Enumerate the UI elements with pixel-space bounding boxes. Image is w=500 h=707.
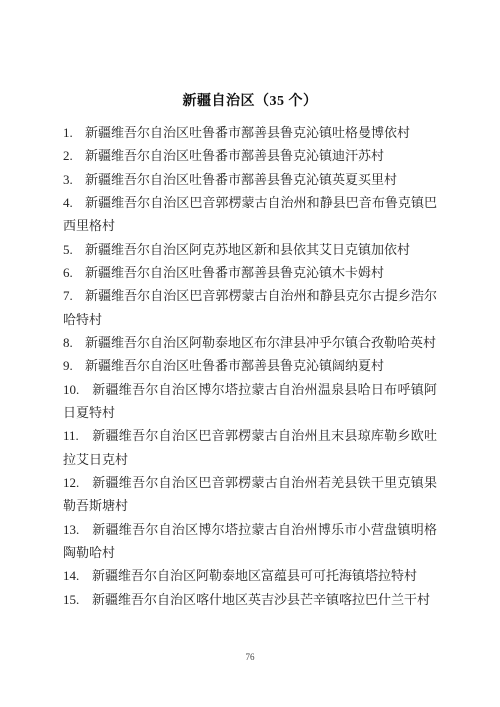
village-list: 1.新疆维吾尔自治区吐鲁番市鄯善县鲁克沁镇吐格曼博依村 2.新疆维吾尔自治区吐鲁…	[63, 121, 437, 611]
list-item: 14.新疆维吾尔自治区阿勒泰地区富蕴县可可托海镇塔拉特村	[63, 564, 437, 587]
document-page: 新疆自治区（35 个） 1.新疆维吾尔自治区吐鲁番市鄯善县鲁克沁镇吐格曼博依村 …	[0, 0, 500, 707]
list-item-number: 2.	[63, 144, 85, 167]
list-item: 13.新疆维吾尔自治区博尔塔拉蒙古自治州博乐市小营盘镇明格陶勒哈村	[63, 518, 437, 565]
list-item-text: 新疆维吾尔自治区阿克苏地区新和县依其艾日克镇加依村	[85, 242, 410, 257]
list-item-number: 4.	[63, 191, 85, 214]
list-item-text: 新疆维吾尔自治区吐鲁番市鄯善县鲁克沁镇阔纳夏村	[85, 358, 384, 373]
list-item: 3.新疆维吾尔自治区吐鲁番市鄯善县鲁克沁镇英夏买里村	[63, 168, 437, 191]
list-item-text: 新疆维吾尔自治区吐鲁番市鄯善县鲁克沁镇英夏买里村	[85, 172, 397, 187]
list-item: 4.新疆维吾尔自治区巴音郭楞蒙古自治州和静县巴音布鲁克镇巴西里格村	[63, 191, 437, 238]
list-item-number: 14.	[63, 564, 92, 587]
list-item-number: 10.	[63, 378, 92, 401]
list-item-text: 新疆维吾尔自治区吐鲁番市鄯善县鲁克沁镇吐格曼博依村	[85, 125, 410, 140]
list-item-text: 新疆维吾尔自治区阿勒泰地区布尔津县冲乎尔镇合孜勒哈英村	[85, 335, 436, 350]
list-item-number: 11.	[63, 424, 92, 447]
list-item-number: 3.	[63, 168, 85, 191]
list-item-text: 新疆维吾尔自治区巴音郭楞蒙古自治州和静县克尔古提乡浩尔哈特村	[63, 288, 437, 326]
list-item-number: 5.	[63, 238, 85, 261]
list-item: 7.新疆维吾尔自治区巴音郭楞蒙古自治州和静县克尔古提乡浩尔哈特村	[63, 284, 437, 331]
list-item-text: 新疆维吾尔自治区巴音郭楞蒙古自治州和静县巴音布鲁克镇巴西里格村	[63, 195, 437, 233]
list-item-number: 8.	[63, 331, 85, 354]
list-item-text: 新疆维吾尔自治区吐鲁番市鄯善县鲁克沁镇迪汗苏村	[85, 148, 384, 163]
page-title: 新疆自治区（35 个）	[0, 90, 500, 110]
list-item-text: 新疆维吾尔自治区喀什地区英吉沙县芒辛镇喀拉巴什兰干村	[92, 592, 430, 607]
list-item: 15.新疆维吾尔自治区喀什地区英吉沙县芒辛镇喀拉巴什兰干村	[63, 588, 437, 611]
list-item-text: 新疆维吾尔自治区吐鲁番市鄯善县鲁克沁镇木卡姆村	[85, 265, 384, 280]
list-item: 11.新疆维吾尔自治区巴音郭楞蒙古自治州且末县琼库勒乡欧吐拉艾日克村	[63, 424, 437, 471]
list-item-text: 新疆维吾尔自治区阿勒泰地区富蕴县可可托海镇塔拉特村	[92, 568, 417, 583]
list-item-text: 新疆维吾尔自治区博尔塔拉蒙古自治州温泉县哈日布呼镇阿日夏特村	[63, 382, 437, 420]
list-item: 5.新疆维吾尔自治区阿克苏地区新和县依其艾日克镇加依村	[63, 238, 437, 261]
list-item-number: 9.	[63, 354, 85, 377]
list-item-number: 7.	[63, 284, 85, 307]
list-item: 10.新疆维吾尔自治区博尔塔拉蒙古自治州温泉县哈日布呼镇阿日夏特村	[63, 378, 437, 425]
list-item-number: 1.	[63, 121, 85, 144]
list-item: 6.新疆维吾尔自治区吐鲁番市鄯善县鲁克沁镇木卡姆村	[63, 261, 437, 284]
list-item-number: 15.	[63, 588, 92, 611]
list-item-number: 6.	[63, 261, 85, 284]
list-item: 2.新疆维吾尔自治区吐鲁番市鄯善县鲁克沁镇迪汗苏村	[63, 144, 437, 167]
list-item: 1.新疆维吾尔自治区吐鲁番市鄯善县鲁克沁镇吐格曼博依村	[63, 121, 437, 144]
list-item-text: 新疆维吾尔自治区巴音郭楞蒙古自治州若羌县铁干里克镇果勒吾斯塘村	[63, 475, 437, 513]
list-item-number: 13.	[63, 518, 92, 541]
list-item-text: 新疆维吾尔自治区巴音郭楞蒙古自治州且末县琼库勒乡欧吐拉艾日克村	[63, 428, 437, 466]
page-number: 76	[0, 652, 500, 662]
list-item-text: 新疆维吾尔自治区博尔塔拉蒙古自治州博乐市小营盘镇明格陶勒哈村	[63, 522, 437, 560]
list-item: 9.新疆维吾尔自治区吐鲁番市鄯善县鲁克沁镇阔纳夏村	[63, 354, 437, 377]
list-item: 12.新疆维吾尔自治区巴音郭楞蒙古自治州若羌县铁干里克镇果勒吾斯塘村	[63, 471, 437, 518]
list-item: 8.新疆维吾尔自治区阿勒泰地区布尔津县冲乎尔镇合孜勒哈英村	[63, 331, 437, 354]
list-item-number: 12.	[63, 471, 92, 494]
